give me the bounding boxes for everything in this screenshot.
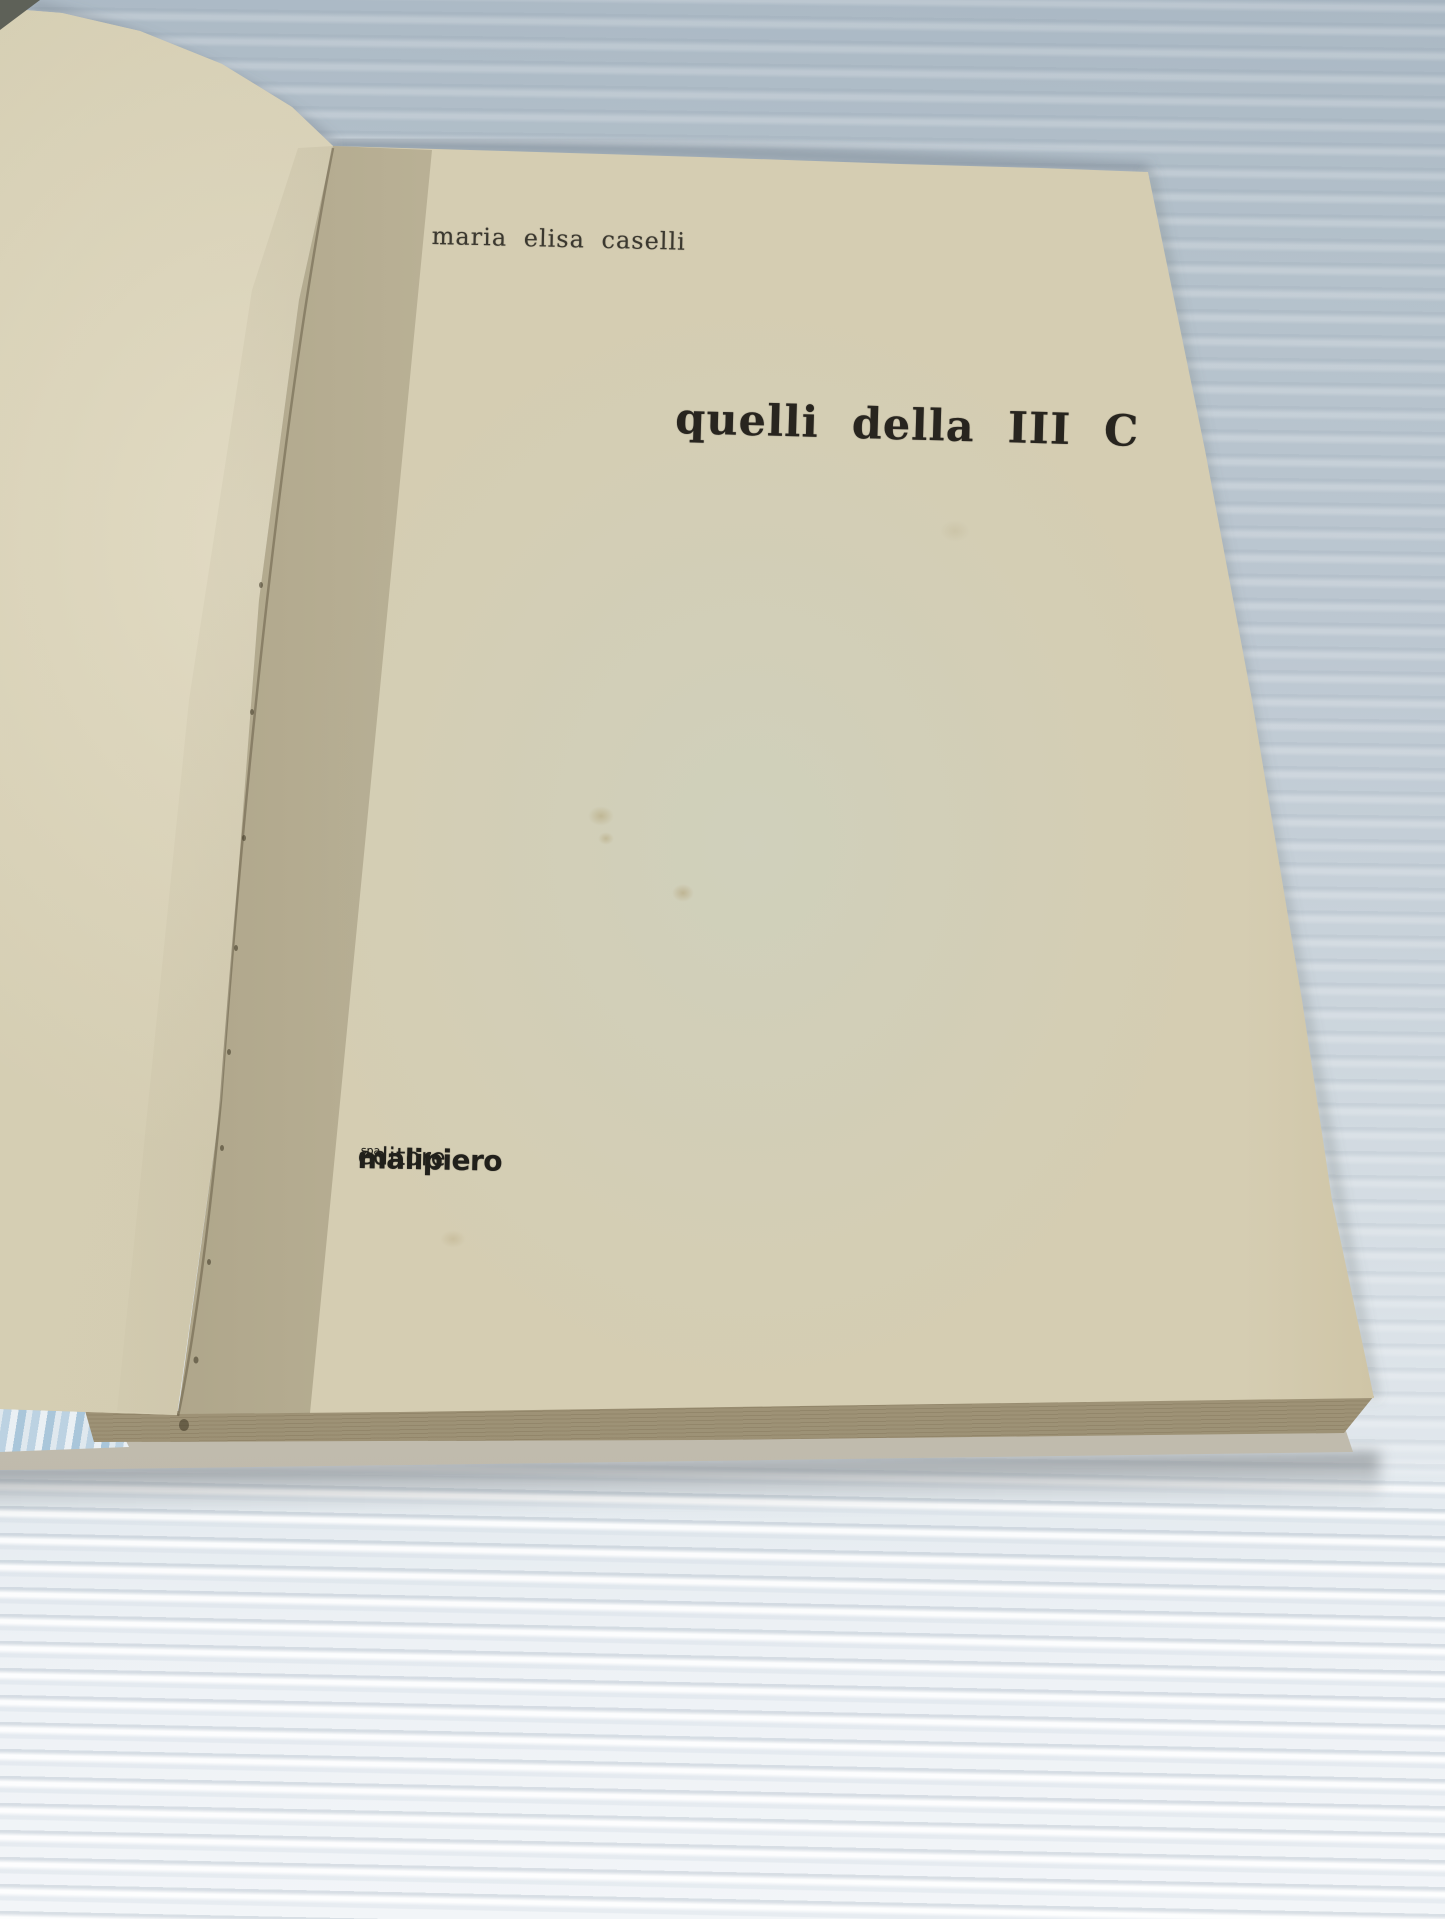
author-name: maria elisa caselli bbox=[431, 222, 686, 256]
publisher-type: editore bbox=[357, 1142, 446, 1172]
gutter-seam bbox=[0, 0, 1445, 1919]
photo-open-book-title-page: maria elisa caselli quelli della III C m… bbox=[0, 0, 1445, 1919]
